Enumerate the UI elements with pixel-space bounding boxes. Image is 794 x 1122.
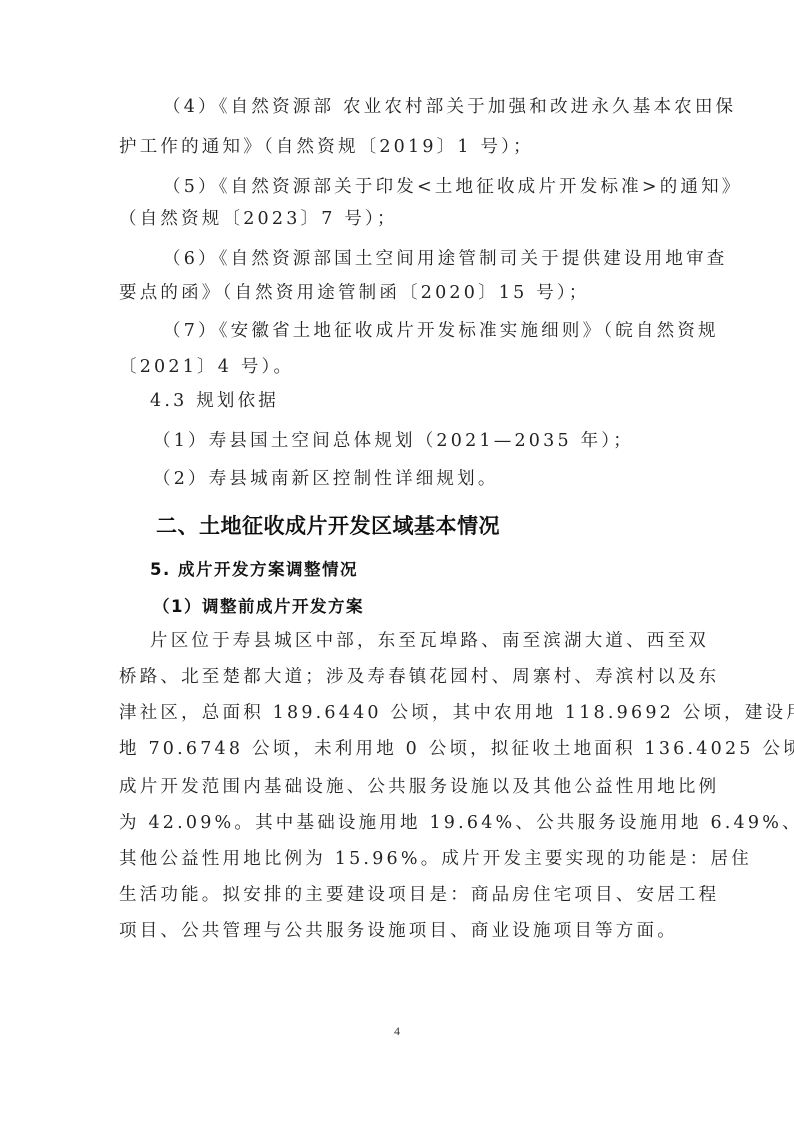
section-4-3-title: 4.3 规划依据 xyxy=(150,390,279,412)
subsection-1-heading: （1）调整前成片开发方案 xyxy=(153,593,364,617)
page-number: 4 xyxy=(0,1024,794,1039)
chapter-2-heading: 二、土地征收成片开发区域基本情况 xyxy=(156,510,500,540)
paragraph-line-7: 其他公益性用地比例为 15.96%。成片开发主要实现的功能是：居住 xyxy=(119,848,752,870)
reference-7-line-2: 〔2021〕4 号）。 xyxy=(119,356,294,378)
reference-4-line-2: 护工作的通知》（自然资规〔2019〕1 号）； xyxy=(119,136,534,158)
paragraph-line-8: 生活功能。拟安排的主要建设项目是：商品房住宅项目、安居工程 xyxy=(119,884,719,906)
paragraph-line-6: 为 42.09%。其中基础设施用地 19.64%、公共服务设施用地 6.49%、 xyxy=(119,812,794,834)
reference-4-line-1: （4）《自然资源部 农业农村部关于加强和改进永久基本农田保 xyxy=(163,96,736,118)
paragraph-line-3: 津社区，总面积 189.6440 公顷，其中农用地 118.9692 公顷，建设… xyxy=(119,702,794,724)
paragraph-line-9: 项目、公共管理与公共服务设施项目、商业设施项目等方面。 xyxy=(119,920,678,942)
paragraph-line-2: 桥路、北至楚都大道；涉及寿春镇花园村、周寨村、寿滨村以及东 xyxy=(119,666,719,688)
document-page: （4）《自然资源部 农业农村部关于加强和改进永久基本农田保 护工作的通知》（自然… xyxy=(0,0,794,1122)
paragraph-line-5: 成片开发范围内基础设施、公共服务设施以及其他公益性用地比例 xyxy=(119,776,719,798)
planning-basis-item-1: （1）寿县国土空间总体规划（2021—2035 年）； xyxy=(153,430,634,452)
reference-5-line-1: （5）《自然资源部关于印发<土地征收成片开发标准>的通知》 xyxy=(163,176,743,198)
reference-6-line-2: 要点的函》（自然资用途管制函〔2020〕15 号）； xyxy=(119,282,590,304)
reference-7-line-1: （7）《安徽省土地征收成片开发标准实施细则》（皖自然资规 xyxy=(163,320,719,342)
reference-6-line-1: （6）《自然资源部国土空间用途管制司关于提供建设用地审查 xyxy=(163,248,727,270)
paragraph-line-4: 地 70.6748 公顷，未利用地 0 公顷，拟征收土地面积 136.4025 … xyxy=(119,738,794,760)
planning-basis-item-2: （2）寿县城南新区控制性详细规划。 xyxy=(153,468,499,490)
paragraph-line-1: 片区位于寿县城区中部，东至瓦埠路、南至滨湖大道、西至双 xyxy=(150,630,709,652)
reference-5-line-2: （自然资规〔2023〕7 号）； xyxy=(119,208,398,230)
section-5-heading: 5. 成片开发方案调整情况 xyxy=(150,556,358,580)
